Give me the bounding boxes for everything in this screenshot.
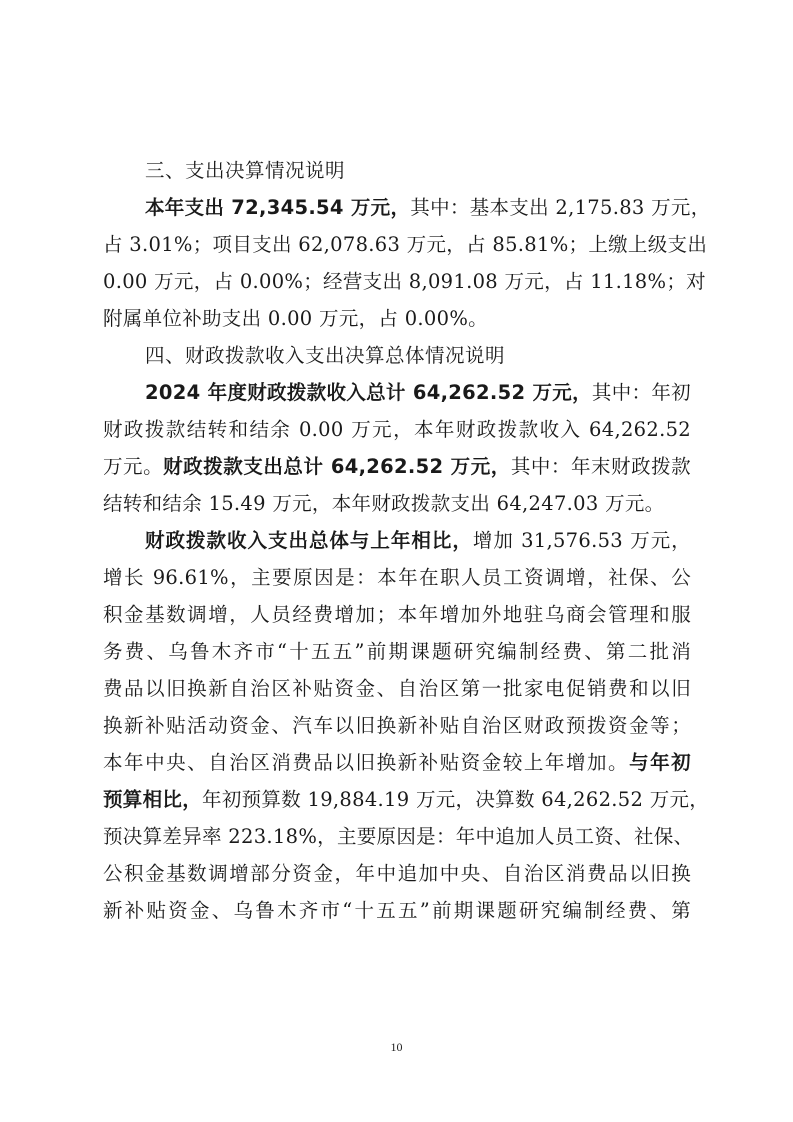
text: 费品以旧换新自治区补贴资金、自治区第一批家电促销费和以旧 xyxy=(103,677,691,700)
text: 占 3.01%；项目支出 62,078.63 万元，占 85.81%；上缴上级支… xyxy=(103,233,707,256)
text: 积金基数调增，人员经费增加；本年增加外地驻乌商会管理和服 xyxy=(103,603,691,626)
text: 万元。 xyxy=(103,455,163,478)
paragraph-line: 费品以旧换新自治区补贴资金、自治区第一批家电促销费和以旧 xyxy=(103,670,691,707)
text: 预决算差异率 223.18%，主要原因是：年中追加人员工资、社保、 xyxy=(103,825,693,848)
paragraph-line: 预算相比，年初预算数 19,884.19 万元，决算数 64,262.52 万元… xyxy=(103,781,691,818)
text: 其中：年末财政拨款 xyxy=(511,455,691,478)
text: 本年中央、自治区消费品以旧换新补贴资金较上年增加。 xyxy=(103,751,629,774)
bold-summary: 预算相比， xyxy=(103,788,202,811)
text: 财政拨款结转和结余 0.00 万元，本年财政拨款收入 64,262.52 xyxy=(103,418,691,441)
bold-summary: 财政拨款收入支出总体与上年相比， xyxy=(145,529,473,552)
bold-summary: 2024 年度财政拨款收入总计 64,262.52 万元， xyxy=(145,381,592,404)
text: 换新补贴活动资金、汽车以旧换新补贴自治区财政预拨资金等； xyxy=(103,714,691,737)
document-page: 三、支出决算情况说明 本年支出 72,345.54 万元，其中：基本支出 2,1… xyxy=(0,0,793,1122)
text: 公积金基数调增部分资金，年中追加中央、自治区消费品以旧换 xyxy=(103,862,691,885)
paragraph-line: 2024 年度财政拨款收入总计 64,262.52 万元，其中：年初 xyxy=(103,374,691,411)
section-heading-expenditure: 三、支出决算情况说明 xyxy=(103,152,691,189)
paragraph-line: 务费、乌鲁木齐市“十五五”前期课题研究编制经费、第二批消 xyxy=(103,633,691,670)
text: 年初预算数 19,884.19 万元，决算数 64,262.52 万元， xyxy=(202,788,709,811)
paragraph-line: 换新补贴活动资金、汽车以旧换新补贴自治区财政预拨资金等； xyxy=(103,707,691,744)
bold-summary: 财政拨款支出总计 64,262.52 万元， xyxy=(163,455,511,478)
paragraph-line: 积金基数调增，人员经费增加；本年增加外地驻乌商会管理和服 xyxy=(103,596,691,633)
text: 务费、乌鲁木齐市“十五五”前期课题研究编制经费、第二批消 xyxy=(103,640,691,663)
paragraph-line: 附属单位补助支出 0.00 万元，占 0.00%。 xyxy=(103,300,691,337)
paragraph-line: 结转和结余 15.49 万元，本年财政拨款支出 64,247.03 万元。 xyxy=(103,485,691,522)
text: 新补贴资金、乌鲁木齐市“十五五”前期课题研究编制经费、第 xyxy=(103,899,691,922)
text: 增长 96.61%，主要原因是：本年在职人员工资调增，社保、公 xyxy=(103,566,691,589)
page-body: 三、支出决算情况说明 本年支出 72,345.54 万元，其中：基本支出 2,1… xyxy=(103,152,691,929)
bold-summary: 本年支出 72,345.54 万元， xyxy=(145,196,410,219)
paragraph-line: 万元。财政拨款支出总计 64,262.52 万元，其中：年末财政拨款 xyxy=(103,448,691,485)
paragraph-line: 新补贴资金、乌鲁木齐市“十五五”前期课题研究编制经费、第 xyxy=(103,892,691,929)
section-heading-fiscal-overview: 四、财政拨款收入支出决算总体情况说明 xyxy=(103,337,691,374)
page-number: 10 xyxy=(0,1040,793,1055)
paragraph-line: 占 3.01%；项目支出 62,078.63 万元，占 85.81%；上缴上级支… xyxy=(103,226,691,263)
paragraph-line: 本年中央、自治区消费品以旧换新补贴资金较上年增加。与年初 xyxy=(103,744,691,781)
paragraph-line: 财政拨款收入支出总体与上年相比，增加 31,576.53 万元， xyxy=(103,522,691,559)
text: 附属单位补助支出 0.00 万元，占 0.00%。 xyxy=(103,307,488,330)
text: 其中：年初 xyxy=(592,381,691,404)
paragraph-line: 公积金基数调增部分资金，年中追加中央、自治区消费品以旧换 xyxy=(103,855,691,892)
paragraph-line: 增长 96.61%，主要原因是：本年在职人员工资调增，社保、公 xyxy=(103,559,691,596)
text: 其中：基本支出 2,175.83 万元， xyxy=(410,196,710,219)
text: 0.00 万元，占 0.00%；经营支出 8,091.08 万元，占 11.18… xyxy=(103,270,706,293)
text: 结转和结余 15.49 万元，本年财政拨款支出 64,247.03 万元。 xyxy=(103,492,664,515)
text: 增加 31,576.53 万元， xyxy=(473,529,691,552)
paragraph-line: 财政拨款结转和结余 0.00 万元，本年财政拨款收入 64,262.52 xyxy=(103,411,691,448)
bold-summary: 与年初 xyxy=(629,751,691,774)
paragraph-line: 本年支出 72,345.54 万元，其中：基本支出 2,175.83 万元， xyxy=(103,189,691,226)
paragraph-line: 0.00 万元，占 0.00%；经营支出 8,091.08 万元，占 11.18… xyxy=(103,263,691,300)
paragraph-line: 预决算差异率 223.18%，主要原因是：年中追加人员工资、社保、 xyxy=(103,818,691,855)
